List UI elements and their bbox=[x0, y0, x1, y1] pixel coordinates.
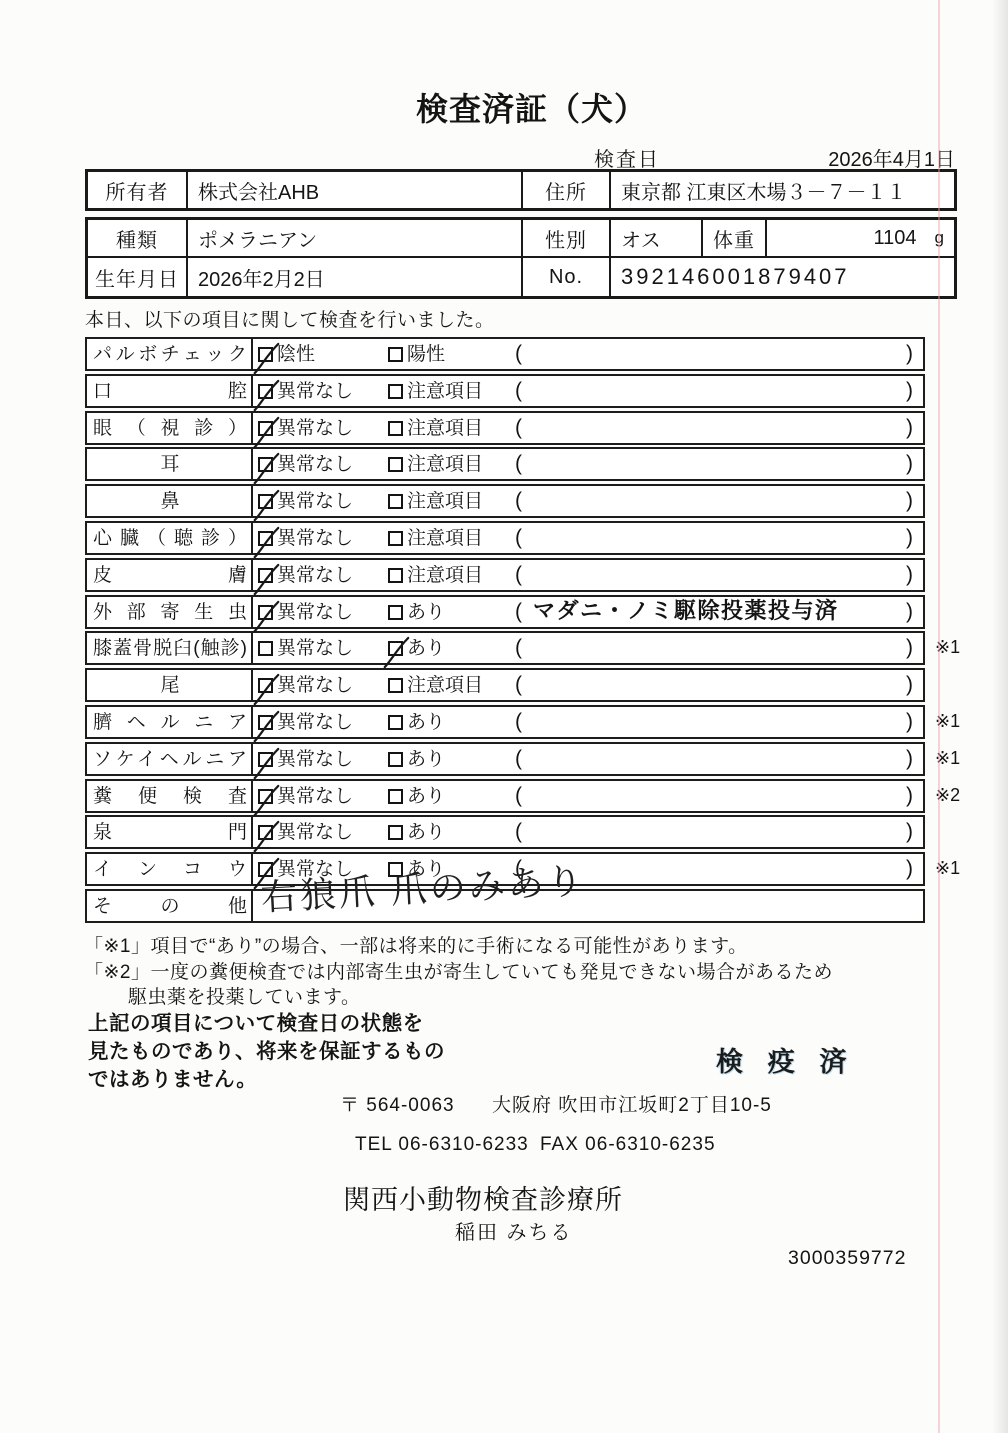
option-1: 異常なし bbox=[258, 379, 353, 405]
paren-open: ( bbox=[515, 672, 522, 698]
paren-close: ) bbox=[906, 378, 913, 404]
exam-table-row: その他 右狼爪 爪のみあり bbox=[85, 889, 925, 923]
serial-number: 3000359772 bbox=[788, 1247, 906, 1270]
exam-item-label: 外部寄生虫 bbox=[87, 597, 253, 627]
checkmark-icon bbox=[251, 379, 281, 413]
option-1-label: 異常なし bbox=[277, 822, 353, 843]
veterinarian-name: 稲田 みちる bbox=[455, 1216, 573, 1245]
paren-open: ( bbox=[515, 562, 522, 588]
checkmark-icon bbox=[251, 342, 281, 376]
paren-close: ) bbox=[906, 819, 913, 845]
exam-item-content: 右狼爪 爪のみあり bbox=[253, 891, 923, 921]
checkmark-icon bbox=[251, 452, 281, 486]
checkbox-icon bbox=[388, 494, 403, 509]
paren-open: ( bbox=[515, 488, 522, 514]
quarantine-stamp: 検 疫 済 bbox=[716, 1040, 856, 1079]
paren-close: ) bbox=[906, 562, 913, 588]
exam-item-content: 異常なし 注意項目 ( ) bbox=[253, 376, 923, 406]
exam-item-label: その他 bbox=[87, 891, 253, 921]
option-1: 異常なし bbox=[258, 784, 353, 810]
option-2-label: あり bbox=[407, 602, 445, 623]
checkmark-icon bbox=[251, 489, 281, 523]
checkbox-icon bbox=[258, 384, 273, 399]
option-1: 異常なし bbox=[258, 489, 353, 515]
paren-open: ( bbox=[515, 341, 522, 367]
checkbox-icon bbox=[388, 347, 403, 362]
exam-item-content: 異常なし あり ( ) bbox=[253, 817, 923, 847]
exam-table: パルボチェック 陰性 陽性 ( ) 口腔 異常なし bbox=[85, 337, 925, 926]
option-1: 異常なし bbox=[258, 710, 353, 736]
footnote-2: 「※2」一度の糞便検査では内部寄生虫が寄生していても発見できない場合があるため bbox=[84, 957, 833, 984]
statement-line: 本日、以下の項目に関して検査を行いました。 bbox=[85, 305, 495, 332]
checkbox-icon bbox=[388, 531, 403, 546]
species-value: ポメラニアン bbox=[188, 220, 523, 258]
option-2: あり bbox=[388, 600, 445, 626]
clinic-name: 関西小動物検査診療所 bbox=[343, 1178, 623, 1217]
paren-open: ( bbox=[515, 746, 522, 772]
paren-close: ) bbox=[906, 672, 913, 698]
exam-item-label: 尾 bbox=[87, 670, 253, 700]
option-1-label: 異常なし bbox=[277, 565, 353, 586]
exam-item-content: 異常なし 注意項目 ( ) bbox=[253, 486, 923, 516]
exam-item-content: 異常なし あり ( マダニ・ノミ駆除投薬投与済 ) bbox=[253, 597, 923, 627]
exam-item-label: インコウ bbox=[87, 854, 253, 884]
exam-item-content: 陰性 陽性 ( ) bbox=[253, 339, 923, 369]
paren-close: ) bbox=[906, 783, 913, 809]
option-1: 異常なし bbox=[258, 563, 353, 589]
checkbox-icon bbox=[388, 752, 403, 767]
option-2-label: あり bbox=[407, 822, 445, 843]
scan-edge-shadow bbox=[992, 0, 1008, 1433]
option-1: 異常なし bbox=[258, 416, 353, 442]
checkbox-icon bbox=[258, 457, 273, 472]
exam-table-row: 皮膚 異常なし 注意項目 ( ) bbox=[85, 558, 925, 592]
option-2: 注意項目 bbox=[388, 673, 483, 699]
exam-table-row: 耳 異常なし 注意項目 ( ) bbox=[85, 447, 925, 481]
option-2: 注意項目 bbox=[388, 379, 483, 405]
exam-item-label: 皮膚 bbox=[87, 560, 253, 590]
exam-item-label: 口腔 bbox=[87, 376, 253, 406]
species-label: 種類 bbox=[88, 220, 188, 258]
checkbox-icon bbox=[258, 494, 273, 509]
animal-info-table: 種類 ポメラニアン 性別 オス 体重 1104 g 生年月日 2026年2月2日… bbox=[85, 217, 957, 299]
paren-close: ) bbox=[906, 415, 913, 441]
paren-close: ) bbox=[906, 341, 913, 367]
checkbox-icon bbox=[258, 641, 273, 656]
checkbox-icon bbox=[388, 384, 403, 399]
option-2: 注意項目 bbox=[388, 452, 483, 478]
option-1-label: 異常なし bbox=[277, 749, 353, 770]
exam-item-label: 鼻 bbox=[87, 486, 253, 516]
clinic-fax: FAX 06-6310-6235 bbox=[540, 1134, 716, 1156]
footnote-1: 「※1」項目で“あり”の場合、一部は将来的に手術になる可能性があります。 bbox=[84, 931, 748, 958]
checkbox-icon bbox=[258, 421, 273, 436]
no-value: 392146001879407 bbox=[611, 258, 954, 296]
option-2-label: 注意項目 bbox=[407, 528, 483, 549]
option-1: 異常なし bbox=[258, 636, 353, 662]
exam-table-row: 眼（視診） 異常なし 注意項目 ( ) bbox=[85, 411, 925, 445]
checkbox-icon bbox=[258, 825, 273, 840]
checkbox-icon bbox=[388, 421, 403, 436]
option-2-label: 注意項目 bbox=[407, 418, 483, 439]
option-1-label: 異常なし bbox=[277, 381, 353, 402]
option-1: 異常なし bbox=[258, 747, 353, 773]
certificate-page: 検査済証（犬） 検査日 2026年4月1日 所有者 株式会社AHB 住所 東京都… bbox=[0, 0, 1008, 1433]
paren-open: ( bbox=[515, 783, 522, 809]
option-1: 陰性 bbox=[258, 342, 315, 368]
option-2-label: あり bbox=[407, 638, 445, 659]
option-1: 異常なし bbox=[258, 526, 353, 552]
clinic-tel: TEL 06-6310-6233 bbox=[355, 1134, 529, 1156]
checkbox-icon bbox=[258, 752, 273, 767]
disclaimer: 上記の項目について検査日の状態を 見たものであり、将来を保証するもの ではありま… bbox=[88, 1010, 445, 1094]
exam-item-label: ソケイヘルニア bbox=[87, 744, 253, 774]
clinic-postal-code: 〒 564-0063 bbox=[340, 1090, 455, 1117]
paren-open: ( bbox=[515, 415, 522, 441]
option-2-label: 注意項目 bbox=[407, 675, 483, 696]
paren-close: ) bbox=[906, 488, 913, 514]
paren-remark: マダニ・ノミ駆除投薬投与済 bbox=[533, 598, 839, 624]
option-2: 陽性 bbox=[388, 342, 445, 368]
checkmark-icon bbox=[251, 673, 281, 707]
address-label: 住所 bbox=[523, 172, 611, 208]
exam-item-content: 異常なし 注意項目 ( ) bbox=[253, 413, 923, 443]
exam-table-row: パルボチェック 陰性 陽性 ( ) bbox=[85, 337, 925, 371]
checkbox-icon bbox=[258, 568, 273, 583]
no-label: No. bbox=[523, 258, 611, 296]
option-1-label: 異常なし bbox=[277, 528, 353, 549]
paren-close: ) bbox=[906, 746, 913, 772]
handwritten-note: 右狼爪 爪のみあり bbox=[260, 868, 586, 911]
paren-open: ( bbox=[515, 599, 522, 625]
checkmark-icon bbox=[251, 710, 281, 744]
exam-item-content: 異常なし 注意項目 ( ) bbox=[253, 670, 923, 700]
option-2-label: あり bbox=[407, 749, 445, 770]
checkbox-icon bbox=[388, 605, 403, 620]
checkbox-icon bbox=[258, 605, 273, 620]
option-1-label: 異常なし bbox=[277, 675, 353, 696]
checkbox-icon bbox=[258, 678, 273, 693]
sex-value: オス bbox=[611, 220, 703, 258]
exam-item-label: パルボチェック bbox=[87, 339, 253, 369]
checkbox-icon bbox=[388, 568, 403, 583]
option-2: 注意項目 bbox=[388, 526, 483, 552]
exam-date-value: 2026年4月1日 bbox=[815, 143, 955, 172]
exam-item-content: 異常なし あり ( ) bbox=[253, 744, 923, 774]
exam-table-row: 鼻 異常なし 注意項目 ( ) bbox=[85, 484, 925, 518]
option-2: あり bbox=[388, 636, 445, 662]
exam-table-row: 心臓（聴診） 異常なし 注意項目 ( ) bbox=[85, 521, 925, 555]
option-1: 異常なし bbox=[258, 452, 353, 478]
exam-item-label: 眼（視診） bbox=[87, 413, 253, 443]
option-2-label: 陽性 bbox=[407, 344, 445, 365]
option-1-label: 異常なし bbox=[277, 638, 353, 659]
scan-artifact-line bbox=[938, 0, 940, 1433]
checkbox-icon bbox=[388, 457, 403, 472]
exam-item-content: 異常なし あり ( ) bbox=[253, 633, 923, 663]
option-1: 異常なし bbox=[258, 600, 353, 626]
checkbox-icon bbox=[388, 678, 403, 693]
option-1-label: 異常なし bbox=[277, 786, 353, 807]
option-2: 注意項目 bbox=[388, 489, 483, 515]
option-2: あり bbox=[388, 710, 445, 736]
disclaimer-line-1: 上記の項目について検査日の状態を bbox=[88, 1010, 445, 1038]
option-2-label: あり bbox=[407, 712, 445, 733]
option-1-label: 陰性 bbox=[277, 344, 315, 365]
checkbox-icon bbox=[258, 347, 273, 362]
option-1: 異常なし bbox=[258, 820, 353, 846]
option-2: 注意項目 bbox=[388, 416, 483, 442]
exam-table-row: 臍ヘルニア 異常なし あり ( ) ※1 bbox=[85, 705, 925, 739]
paren-open: ( bbox=[515, 709, 522, 735]
checkbox-icon bbox=[388, 825, 403, 840]
paren-open: ( bbox=[515, 378, 522, 404]
owner-label: 所有者 bbox=[88, 172, 188, 208]
option-1-label: 異常なし bbox=[277, 418, 353, 439]
option-2-label: 注意項目 bbox=[407, 565, 483, 586]
exam-item-label: 糞便検査 bbox=[87, 781, 253, 811]
checkbox-icon bbox=[258, 531, 273, 546]
weight-value: 1104 bbox=[874, 227, 917, 250]
paren-close: ) bbox=[906, 451, 913, 477]
option-1: 異常なし bbox=[258, 673, 353, 699]
paren-close: ) bbox=[906, 525, 913, 551]
page-title: 検査済証（犬） bbox=[416, 84, 647, 130]
birth-label: 生年月日 bbox=[88, 258, 188, 296]
owner-table: 所有者 株式会社AHB 住所 東京都 江東区木場３－７－１１ bbox=[85, 169, 957, 211]
weight-cell: 1104 g bbox=[767, 220, 954, 258]
option-1-label: 異常なし bbox=[277, 491, 353, 512]
checkmark-icon bbox=[381, 636, 411, 670]
exam-item-label: 心臓（聴診） bbox=[87, 523, 253, 553]
exam-item-label: 臍ヘルニア bbox=[87, 707, 253, 737]
exam-item-label: 膝蓋骨脱臼(触診) bbox=[87, 633, 253, 663]
paren-open: ( bbox=[515, 819, 522, 845]
option-2: あり bbox=[388, 784, 445, 810]
exam-item-content: 異常なし 注意項目 ( ) bbox=[253, 449, 923, 479]
paren-close: ) bbox=[906, 599, 913, 625]
exam-item-content: 異常なし 注意項目 ( ) bbox=[253, 560, 923, 590]
checkmark-icon bbox=[251, 416, 281, 450]
exam-item-content: 異常なし 注意項目 ( ) bbox=[253, 523, 923, 553]
paren-open: ( bbox=[515, 635, 522, 661]
option-2: 注意項目 bbox=[388, 563, 483, 589]
option-2: あり bbox=[388, 747, 445, 773]
exam-table-row: 泉門 異常なし あり ( ) bbox=[85, 815, 925, 849]
checkmark-icon bbox=[251, 820, 281, 854]
address-value: 東京都 江東区木場３－７－１１ bbox=[611, 172, 954, 208]
exam-table-row: 膝蓋骨脱臼(触診) 異常なし あり ( ) ※1 bbox=[85, 631, 925, 665]
option-2-label: 注意項目 bbox=[407, 491, 483, 512]
option-1-label: 異常なし bbox=[277, 712, 353, 733]
clinic-address: 大阪府 吹田市江坂町2丁目10-5 bbox=[492, 1090, 772, 1117]
birth-value: 2026年2月2日 bbox=[188, 258, 523, 296]
exam-date-label: 検査日 bbox=[594, 143, 660, 172]
checkmark-icon bbox=[251, 747, 281, 781]
checkbox-icon bbox=[388, 715, 403, 730]
exam-table-row: ソケイヘルニア 異常なし あり ( ) ※1 bbox=[85, 742, 925, 776]
exam-item-content: 異常なし あり ( ) bbox=[253, 707, 923, 737]
checkbox-icon bbox=[388, 641, 403, 656]
paren-close: ) bbox=[906, 635, 913, 661]
paren-close: ) bbox=[906, 709, 913, 735]
option-1-label: 異常なし bbox=[277, 602, 353, 623]
weight-label: 体重 bbox=[703, 220, 767, 258]
footnote-2-cont: 駆虫薬を投薬しています。 bbox=[128, 982, 360, 1009]
option-2-label: あり bbox=[407, 786, 445, 807]
exam-item-label: 泉門 bbox=[87, 817, 253, 847]
disclaimer-line-2: 見たものであり、将来を保証するもの bbox=[88, 1038, 445, 1066]
sex-label: 性別 bbox=[523, 220, 611, 258]
exam-item-label: 耳 bbox=[87, 449, 253, 479]
option-1-label: 異常なし bbox=[277, 454, 353, 475]
checkmark-icon bbox=[251, 563, 281, 597]
checkmark-icon bbox=[251, 600, 281, 634]
checkbox-icon bbox=[258, 789, 273, 804]
option-2-label: 注意項目 bbox=[407, 454, 483, 475]
exam-table-row: 糞便検査 異常なし あり ( ) ※2 bbox=[85, 779, 925, 813]
exam-table-row: 口腔 異常なし 注意項目 ( ) bbox=[85, 374, 925, 408]
checkmark-icon bbox=[251, 784, 281, 818]
paren-open: ( bbox=[515, 451, 522, 477]
option-2: あり bbox=[388, 820, 445, 846]
checkbox-icon bbox=[388, 789, 403, 804]
checkbox-icon bbox=[258, 862, 273, 877]
exam-table-row: 外部寄生虫 異常なし あり ( マダニ・ノミ駆除投薬投与済 ) bbox=[85, 595, 925, 629]
checkmark-icon bbox=[251, 526, 281, 560]
paren-open: ( bbox=[515, 525, 522, 551]
exam-item-content: 異常なし あり ( ) bbox=[253, 781, 923, 811]
checkbox-icon bbox=[258, 715, 273, 730]
owner-value: 株式会社AHB bbox=[188, 172, 523, 208]
option-2-label: 注意項目 bbox=[407, 381, 483, 402]
exam-table-row: 尾 異常なし 注意項目 ( ) bbox=[85, 668, 925, 702]
paren-close: ) bbox=[906, 856, 913, 882]
